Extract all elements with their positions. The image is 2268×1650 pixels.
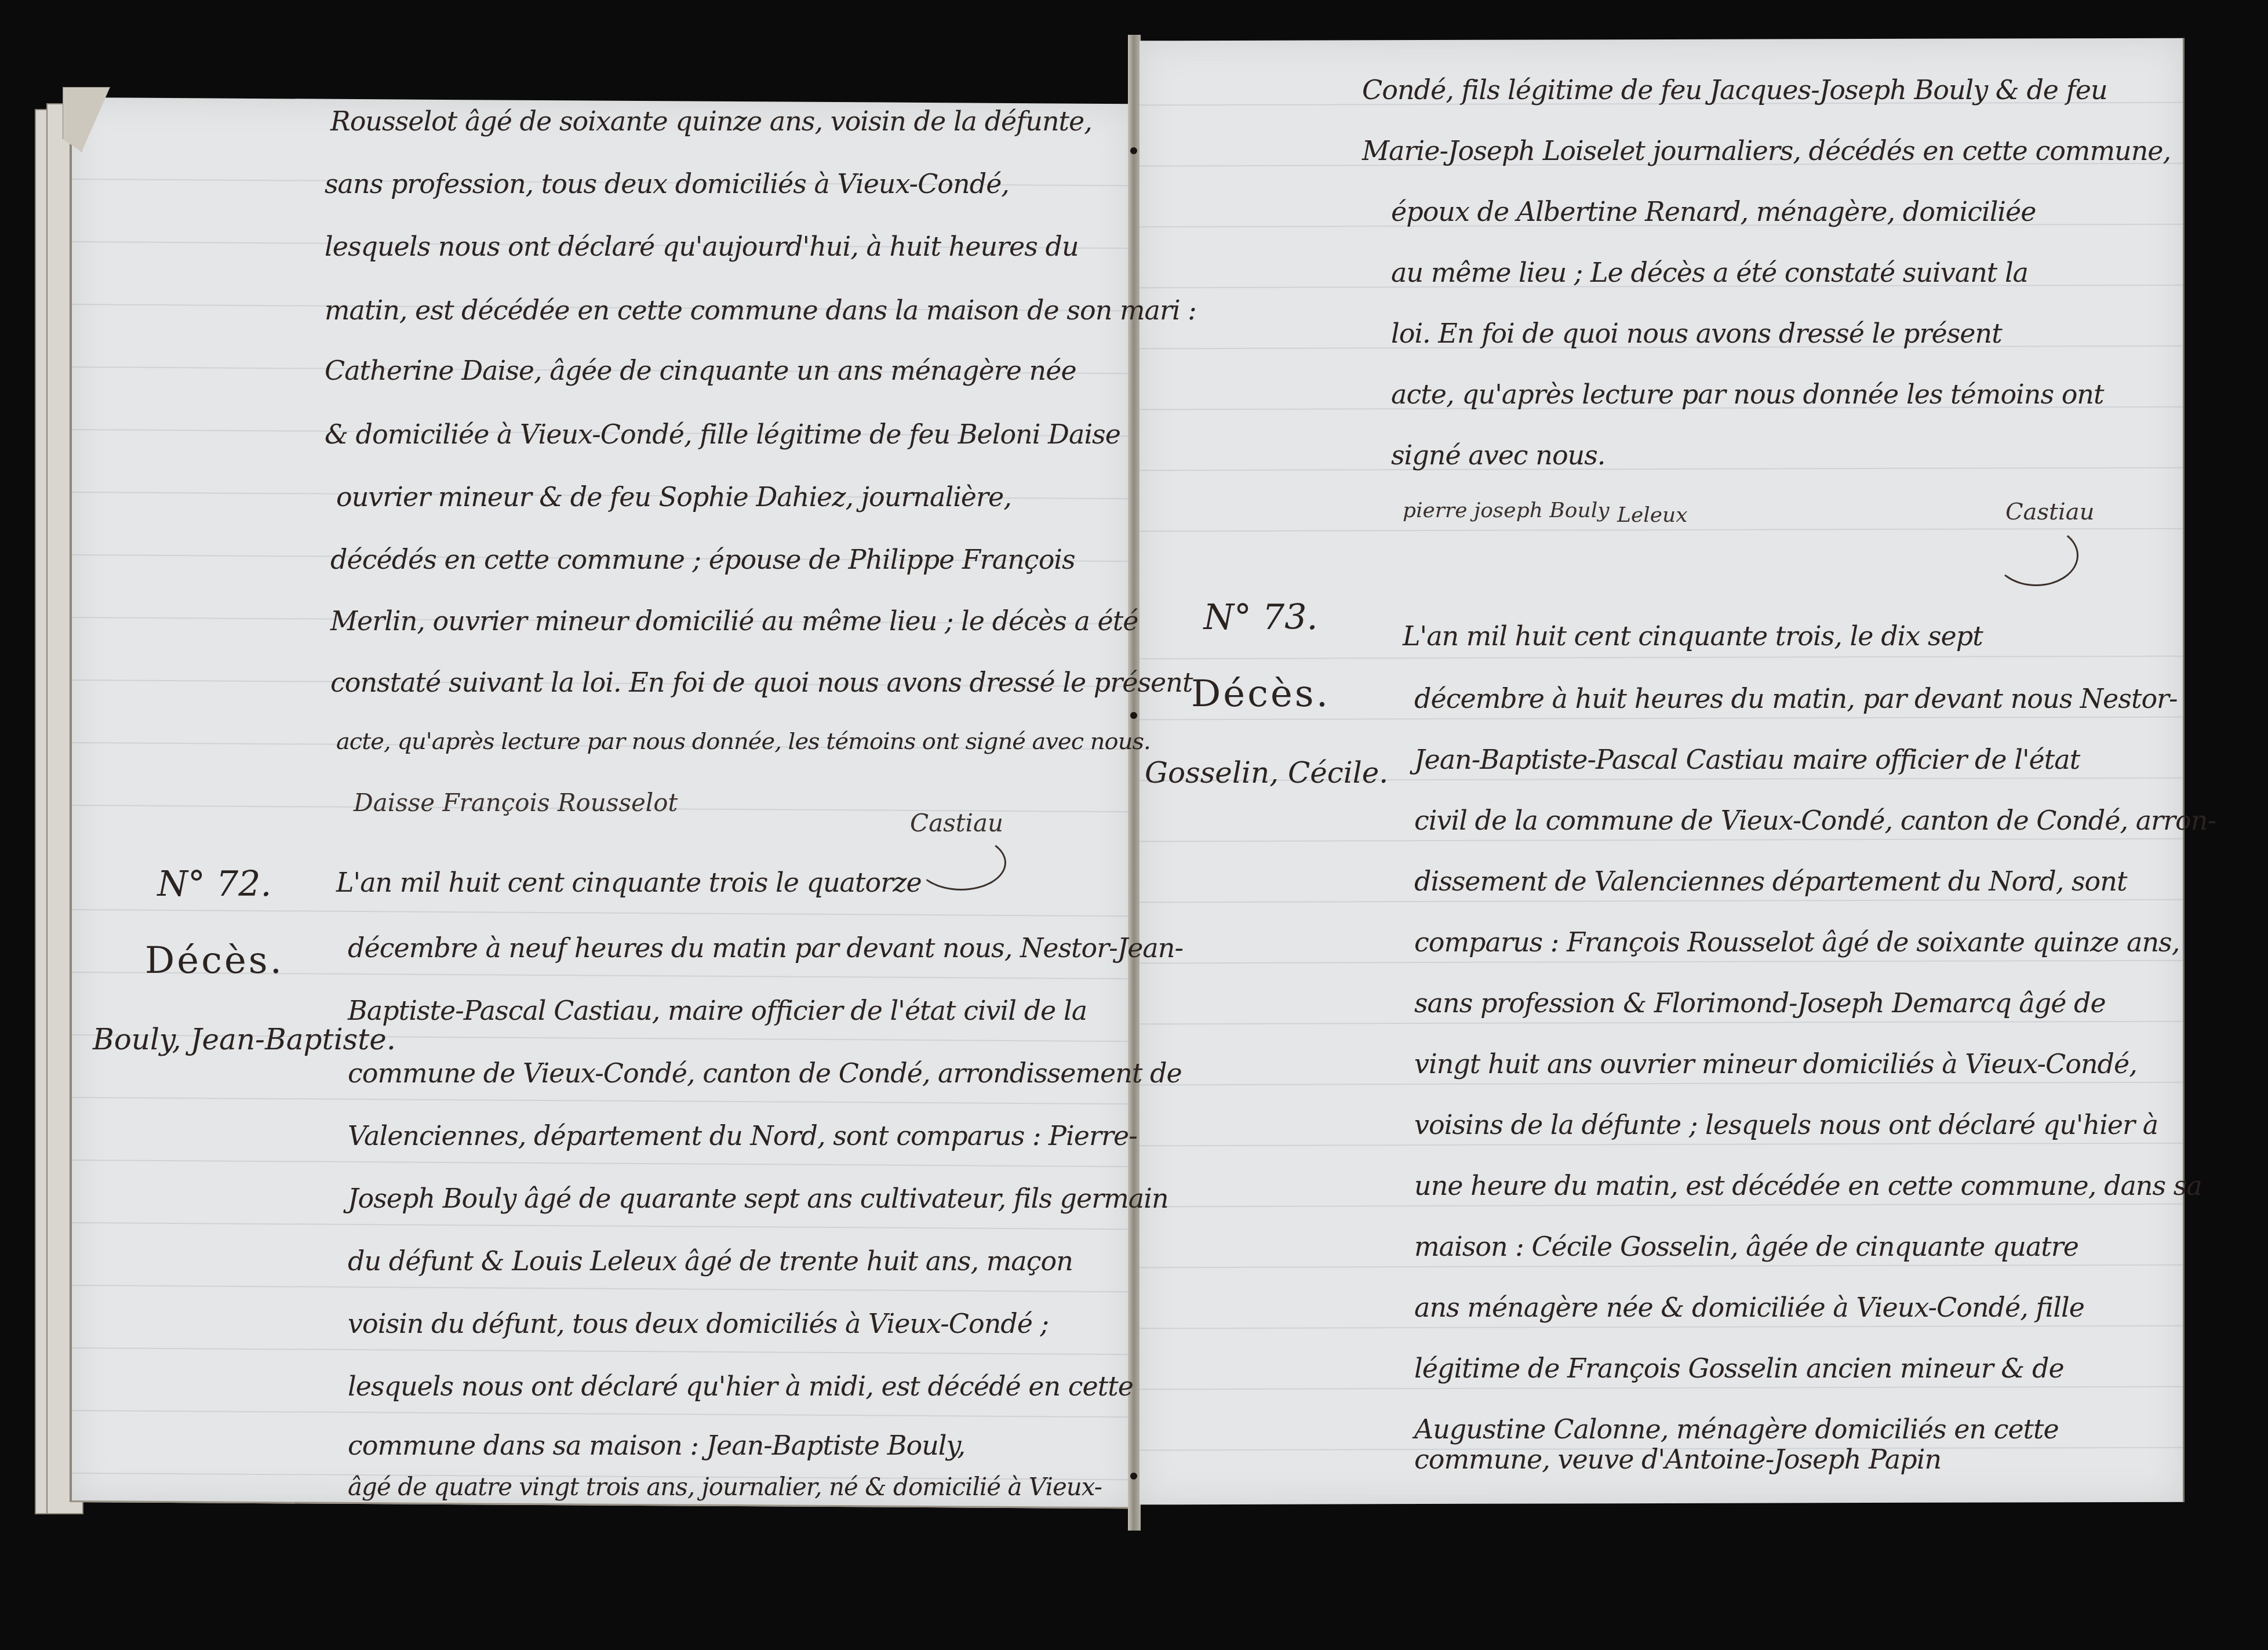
text-line: dissement de Valenciennes département du… [1414,866,2127,897]
entry-73-margin: N° 73. Décès. Gosselin, Cécile. [1145,597,1377,790]
text-line: Baptiste-Pascal Castiau, maire officier … [348,995,1087,1026]
text-line: Marie-Joseph Loiselet journaliers, décéd… [1362,135,2171,166]
text-line: matin, est décédée en cette commune dans… [325,295,1196,326]
text-line: voisins de la défunte ; lesquels nous on… [1414,1109,2158,1140]
text-line: du défunt & Louis Leleux âgé de trente h… [348,1245,1073,1277]
text-line: Condé, fils légitime de feu Jacques-Jose… [1362,74,2107,106]
text-line: décédés en cette commune ; épouse de Phi… [330,544,1075,575]
text-line: maison : Cécile Gosselin, âgée de cinqua… [1414,1231,2078,1262]
binding-stitch [1130,1473,1137,1480]
text-line: ouvrier mineur & de feu Sophie Dahiez, j… [336,481,1011,513]
text-line: loi. En foi de quoi nous avons dressé le… [1391,318,2002,349]
signature-flourish [916,835,1006,891]
binding-stitch [1130,712,1137,719]
text-line: sans profession & Florimond-Joseph Demar… [1414,987,2106,1019]
text-line: Rousselot âgé de soixante quinze ans, vo… [330,106,1092,137]
entry-72-margin: N° 72. Décès. Bouly, Jean-Baptiste. [93,864,336,1056]
text-line: acte, qu'après lecture par nous donnée l… [1391,379,2104,410]
book-gutter [1128,35,1141,1531]
text-line: comparus : François Rousselot âgé de soi… [1414,926,2179,958]
text-line: Valenciennes, département du Nord, sont … [348,1120,1137,1151]
entry-deceased-name: Bouly, Jean-Baptiste. [93,1023,336,1056]
witness-signatures: Daisse François Rousselot [354,788,678,817]
text-line: signé avec nous. [1391,439,1605,471]
text-line: lesquels nous ont déclaré qu'hier à midi… [348,1371,1133,1402]
text-line: une heure du matin, est décédée en cette… [1414,1170,2202,1201]
signature-flourish [1994,525,2078,586]
entry-72-text-line: L'an mil huit cent cinquante trois le qu… [336,867,922,898]
text-line: âgé de quatre vingt trois ans, journalie… [348,1473,1102,1501]
text-line: lesquels nous ont déclaré qu'aujourd'hui… [325,231,1079,262]
text-line: sans profession, tous deux domiciliés à … [325,168,1009,199]
binding-stitch [1130,147,1137,154]
text-line: Joseph Bouly âgé de quarante sept ans cu… [348,1183,1168,1214]
entry-deceased-name: Gosselin, Cécile. [1145,756,1377,790]
text-line: commune de Vieux-Condé, canton de Condé,… [348,1057,1182,1089]
entry-kind: Décès. [93,939,336,982]
text-line: commune, veuve d'Antoine-Joseph Papin [1414,1444,1941,1475]
text-line: & domiciliée à Vieux-Condé, fille légiti… [325,419,1120,450]
text-line: Catherine Daise, âgée de cinquante un an… [325,355,1076,386]
text-line: légitime de François Gosselin ancien min… [1414,1353,2064,1384]
text-line: Jean-Baptiste-Pascal Castiau maire offic… [1414,744,2080,775]
text-line: époux de Albertine Renard, ménagère, dom… [1391,196,2036,227]
text-line: acte, qu'après lecture par nous donnée, … [336,728,1151,755]
mayor-signature: Castiau [2005,499,2094,525]
text-line: commune dans sa maison : Jean-Baptiste B… [348,1430,965,1461]
text-line: Augustine Calonne, ménagère domiciliés e… [1414,1413,2059,1445]
text-line: voisin du défunt, tous deux domiciliés à… [348,1308,1049,1339]
text-line: décembre à neuf heures du matin par deva… [348,932,1183,964]
entry-opening-line: L'an mil huit cent cinquante trois, le d… [1403,620,1983,652]
text-line: constaté suivant la loi. En foi de quoi … [330,667,1192,698]
entry-number: N° 73. [1145,597,1377,638]
witness-signature-2: Leleux [1617,503,1688,527]
entry-number: N° 72. [93,864,336,904]
text-line: ans ménagère née & domiciliée à Vieux-Co… [1414,1292,2084,1323]
text-line: Merlin, ouvrier mineur domicilié au même… [330,605,1138,637]
text-line: au même lieu ; Le décès a été constaté s… [1391,257,2028,288]
text-line: civil de la commune de Vieux-Condé, cant… [1414,805,2216,836]
witness-signature-1: pierre joseph Bouly [1403,499,1609,522]
text-line: décembre à huit heures du matin, par dev… [1414,683,2178,714]
mayor-signature: Castiau [910,809,1003,837]
entry-73-text-line: L'an mil huit cent cinquante trois, le d… [1403,620,1983,652]
text-line: vingt huit ans ouvrier mineur domiciliés… [1414,1048,2137,1080]
entry-kind: Décès. [1145,673,1377,715]
entry-opening-line: L'an mil huit cent cinquante trois le qu… [336,867,922,898]
